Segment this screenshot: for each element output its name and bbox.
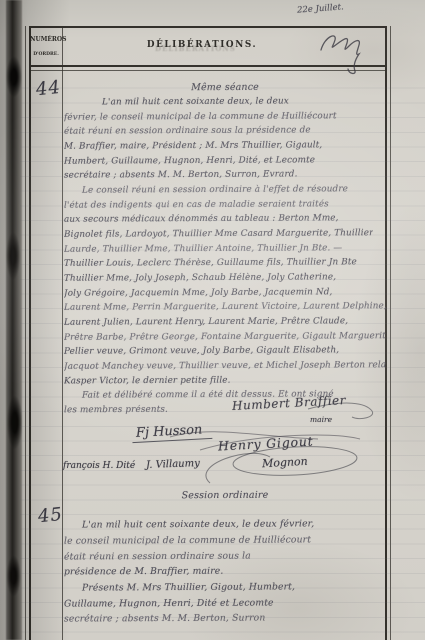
manuscript-line: Laurent Julien, Laurent Henry, Laurent M… [64,316,348,327]
entry-number: 44 [35,77,62,100]
top-date-annotation: 22e Juillet. [297,2,344,15]
entry-heading: Même séance [64,81,386,94]
manuscript-line: L'an mil huit cent soixante deux, le deu… [64,96,289,107]
manuscript-line: était réuni en session ordinaire sous la… [64,125,311,136]
manuscript-line: Bignolet fils, Lardoyot, Thuillier Mme C… [64,228,373,240]
manuscript-line: Guillaume, Hugnon, Henri, Dité et Lecomt… [64,597,274,609]
manuscript-line: présidence de M. Braffier, maire. [64,566,223,578]
signature-flourishes [60,395,390,490]
table-right-outer-rule [390,26,391,640]
manuscript-line: Pellier veuve, Grimont veuve, Joly Barbe… [64,345,339,356]
order-column-rule [62,26,63,640]
manuscript-line: L'an mil huit cent soixante deux, le deu… [64,518,314,530]
manuscript-line: l'état des indigents qui en cas de malad… [64,199,329,210]
manuscript-line: M. Braffier, maire, Président ; M. Mrs T… [64,140,322,151]
register-scan-page: 22e Juillet. NUMÉROS D'ORDRE. DÉLIBÉRATI… [0,0,425,640]
manuscript-line: Joly Grégoire, Jacquemin Mme, Joly Barbe… [64,287,333,298]
manuscript-line: Laurde, Thuillier Mme, Thuillier Antoine… [64,243,342,254]
manuscript-line: secrétaire ; absents M. M. Berton, Surro… [64,612,265,624]
manuscript-line: février, le conseil municipal de la comm… [64,111,337,122]
manuscript-line: Kasper Victor, le dernier petite fille. [64,376,231,387]
book-binding-edge [6,0,22,640]
manuscript-line: Thuillier Louis, Leclerc Thérèse, Guilla… [64,257,357,269]
manuscript-line: aux secours médicaux dénommés au tableau… [64,213,339,224]
manuscript-line: secrétaire ; absents M. M. Berton, Surro… [64,169,298,180]
manuscript-line: le conseil municipal de la commune de Hu… [64,534,311,546]
manuscript-line: Jacquot Manchey veuve, Thuillier veuve, … [64,360,386,372]
entry-number: 45 [37,504,64,527]
manuscript-line: était réuni en session ordinaire sous la [64,551,251,563]
order-column-header-line1: NUMÉROS [30,36,62,43]
table-left-rule [29,26,31,640]
order-column-header-line2: D'ORDRE. [30,52,62,57]
table-left-outer-rule [25,26,26,640]
table-top-rule [29,26,387,28]
manuscript-line: Prêtre Barbe, Prêtre George, Fontaine Ma… [64,331,386,343]
manuscript-line: Humbert, Guillaume, Hugnon, Henri, Dité,… [64,155,315,166]
clerk-paraph-flourish [315,30,375,75]
manuscript-line: Laurent Mme, Perrin Marguerite, Laurent … [64,301,386,313]
manuscript-line: Thuillier Mme, Joly Joseph, Schaub Hélèn… [64,272,336,283]
entry-heading: Session ordinaire [64,489,386,502]
manuscript-line: Présents M. Mrs Thuillier, Gigout, Humbe… [64,581,295,593]
deliberations-header-title: DÉLIBÉRATIONS. [62,40,342,50]
manuscript-line: Le conseil réuni en session ordinaire à … [64,184,348,195]
